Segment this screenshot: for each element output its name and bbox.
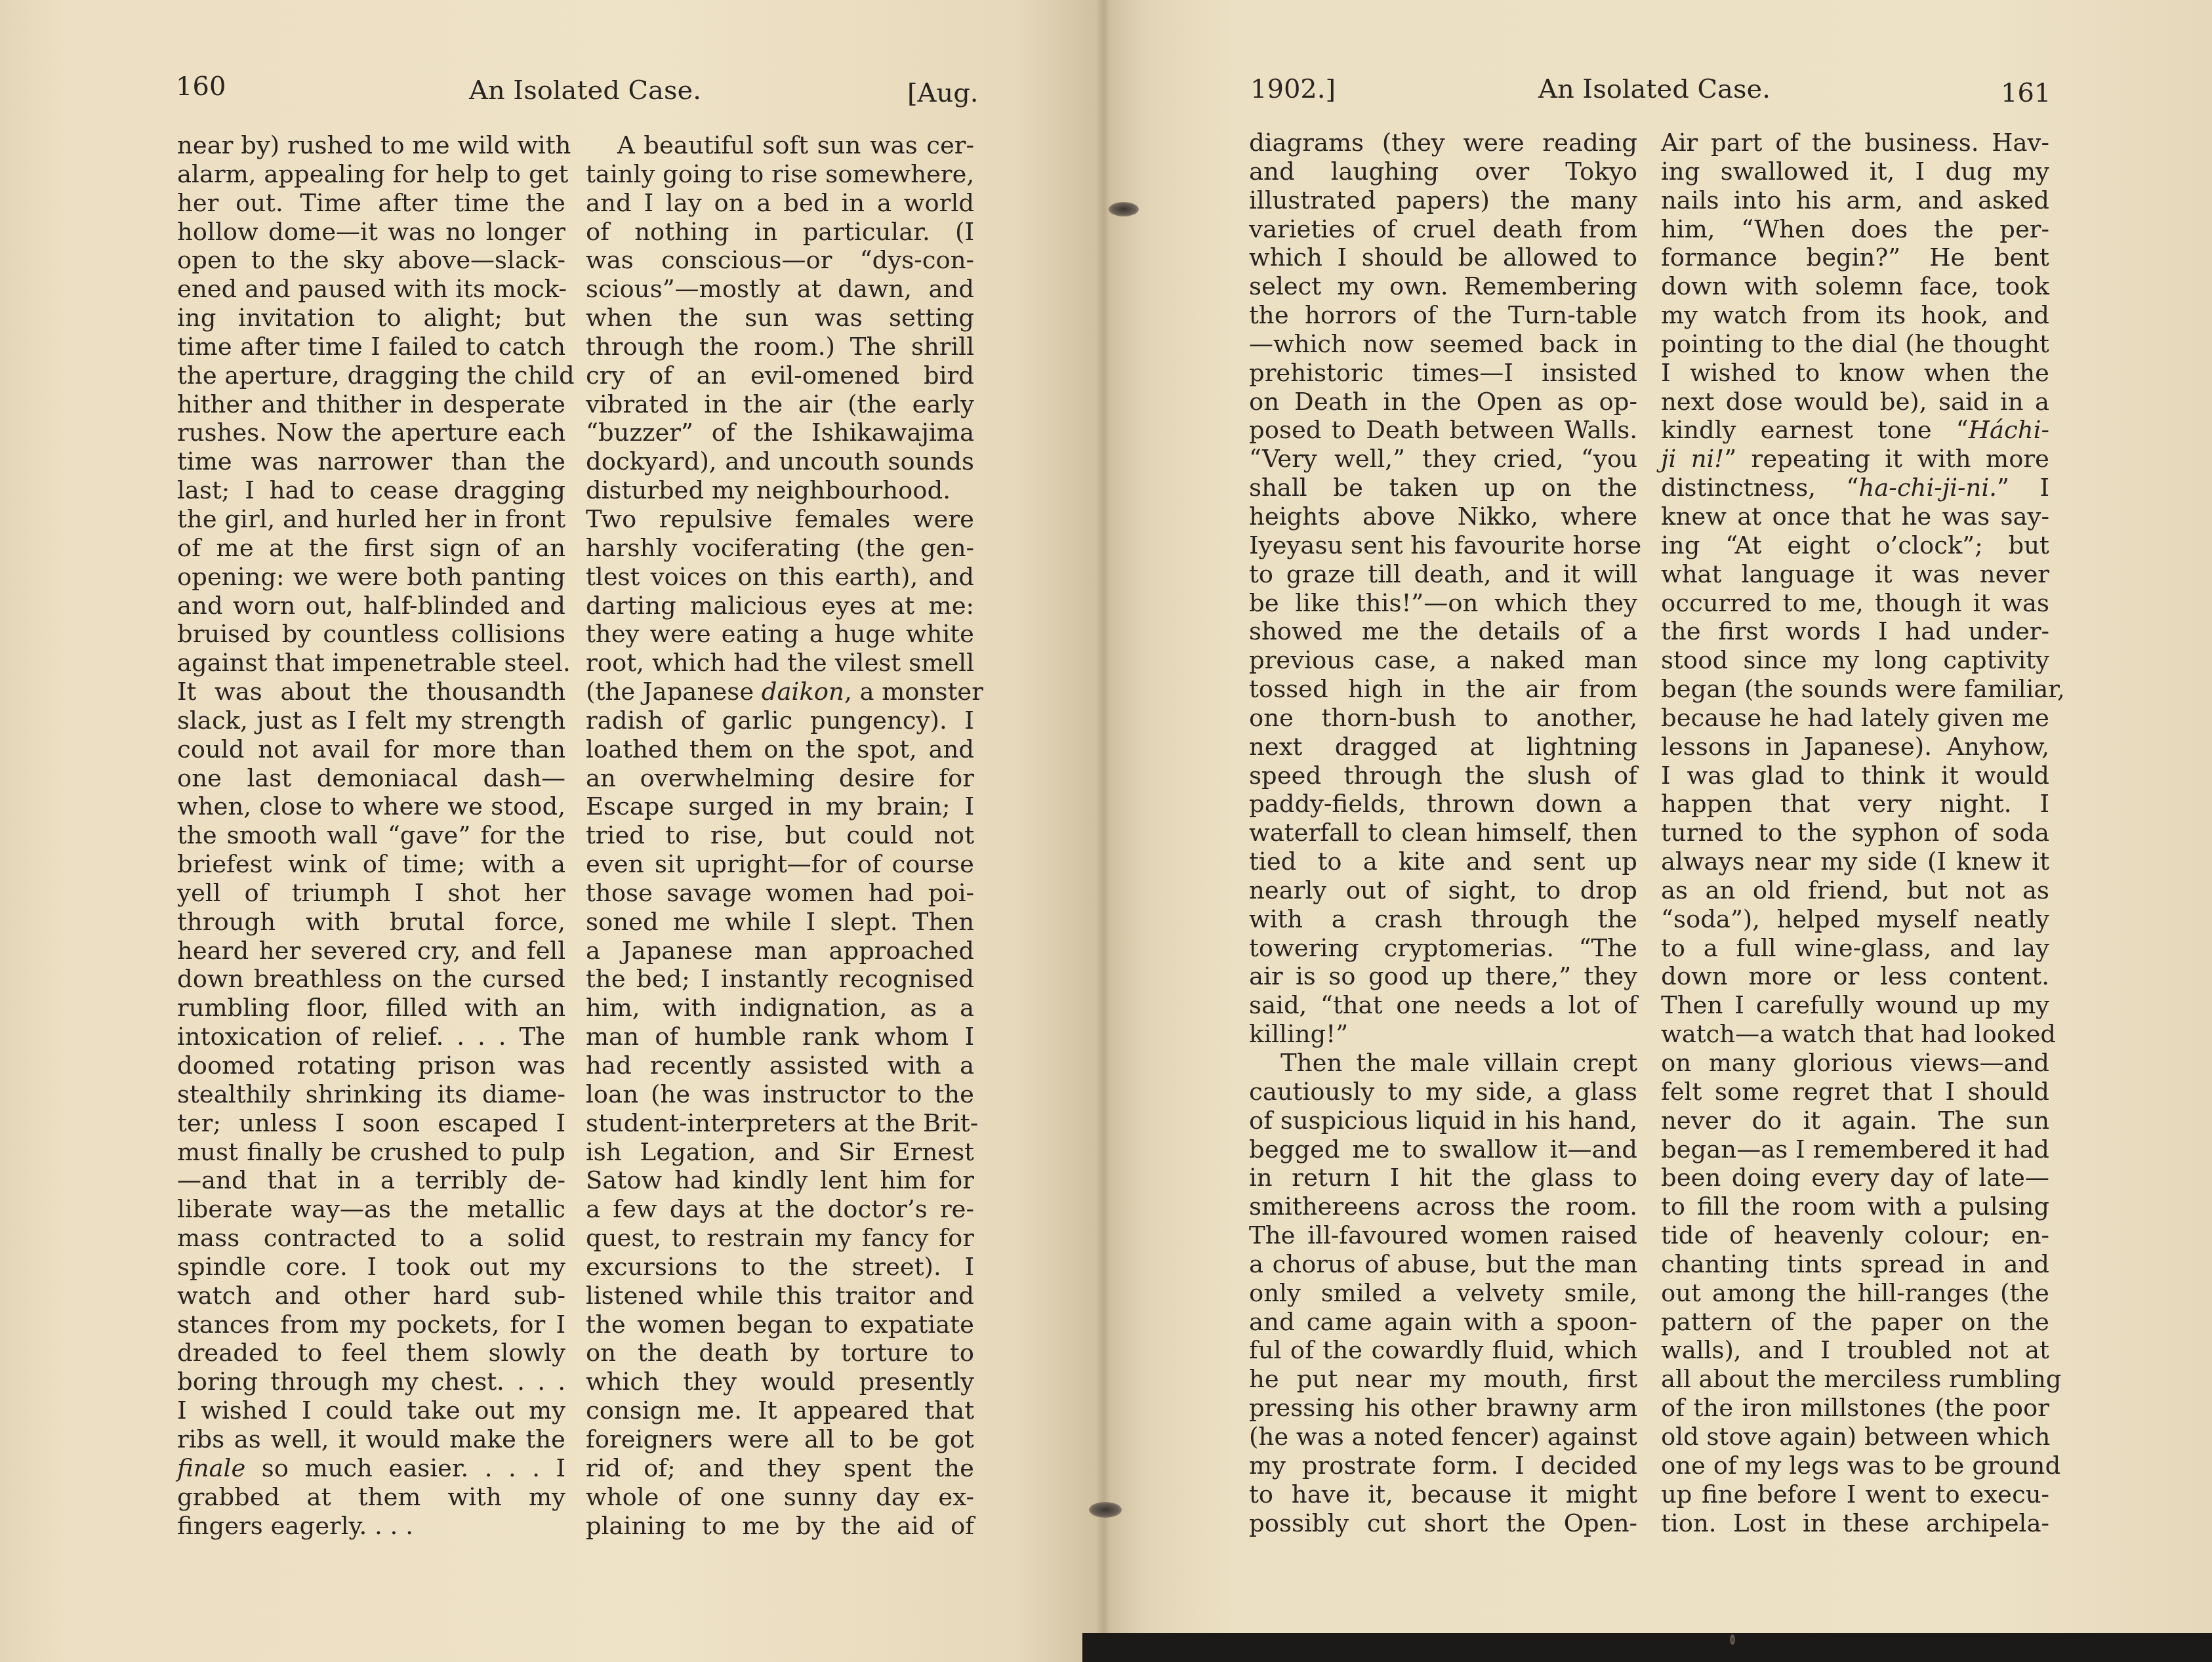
text-line: rushes. Now the aperture each xyxy=(177,418,565,447)
text-column-2: A beautiful soft sun was cer-tainly goin… xyxy=(586,131,974,1540)
text-line: the horrors of the Turn-table xyxy=(1249,301,1637,330)
text-line: on many glorious views—and xyxy=(1661,1049,2049,1078)
text-line: Satow had kindly lent him for xyxy=(586,1166,974,1195)
text-line: quest, to restrain my fancy for xyxy=(586,1224,974,1253)
text-line: to graze till death, and it will xyxy=(1249,560,1637,589)
text-line: and laughing over Tokyo xyxy=(1249,157,1637,186)
text-line: turned to the syphon of soda xyxy=(1661,819,2049,847)
book-spine-gutter xyxy=(1097,0,1111,1662)
text-line: yell of triumph I shot her xyxy=(177,879,565,908)
text-line: ful of the cowardly fluid, which xyxy=(1249,1336,1637,1365)
text-line: whole of one sunny day ex- xyxy=(586,1483,974,1512)
text-line: consign me. It appeared that xyxy=(586,1396,974,1425)
text-line: ing “At eight o’clock”; but xyxy=(1661,531,2049,560)
text-line: nails into his arm, and asked xyxy=(1661,186,2049,215)
text-line: killing!” xyxy=(1249,1020,1637,1049)
text-line: the girl, and hurled her in front xyxy=(177,505,565,534)
text-line: posed to Death between Walls. xyxy=(1249,416,1637,445)
text-line: and worn out, half-blinded and xyxy=(177,592,565,620)
text-line: student-interpreters at the Brit- xyxy=(586,1109,974,1138)
text-line: tion. Lost in these archipela- xyxy=(1661,1509,2049,1538)
text-line: him, with indignation, as a xyxy=(586,994,974,1023)
text-line: tied to a kite and sent up xyxy=(1249,847,1637,876)
text-line: a chorus of abuse, but the man xyxy=(1249,1250,1637,1279)
text-line: said, “that one needs a lot of xyxy=(1249,991,1637,1020)
text-line: ribs as well, it would make the xyxy=(177,1425,565,1454)
running-title-right: An Isolated Case. xyxy=(1538,73,1771,105)
text-line: down with solemn face, took xyxy=(1661,272,2049,301)
text-line: ing invitation to alight; but xyxy=(177,304,565,333)
text-line: begged me to swallow it—and xyxy=(1249,1135,1637,1164)
text-line: grabbed at them with my xyxy=(177,1483,565,1512)
text-line: Air part of the business. Hav- xyxy=(1661,129,2049,157)
text-line: vibrated in the air (the early xyxy=(586,390,974,419)
text-line: he put near my mouth, first xyxy=(1249,1365,1637,1394)
text-line: and I lay on a bed in a world xyxy=(586,189,974,218)
text-line: tlest voices on this earth), and xyxy=(586,563,974,592)
text-line: could not avail for more than xyxy=(177,735,565,764)
text-line: a Japanese man approached xyxy=(586,937,974,965)
text-line: on Death in the Open as op- xyxy=(1249,388,1637,416)
text-line: pointing to the dial (he thought xyxy=(1661,330,2049,359)
text-line: rid of; and they spent the xyxy=(586,1454,974,1483)
text-line: It was about the thousandth xyxy=(177,678,565,706)
text-line: felt some regret that I should xyxy=(1661,1078,2049,1106)
text-line: nearly out of sight, to drop xyxy=(1249,876,1637,905)
text-line: —and that in a terribly de- xyxy=(177,1166,565,1195)
text-line: I was glad to think it would xyxy=(1661,761,2049,790)
text-line: those savage women had poi- xyxy=(586,879,974,908)
text-line: one last demoniacal dash— xyxy=(177,764,565,793)
text-line: my prostrate form. I decided xyxy=(1249,1451,1637,1480)
text-line: had recently assisted with a xyxy=(586,1051,974,1080)
text-line: distinctness, “ha-chi-ji-ni.” I xyxy=(1661,474,2049,502)
text-line: the aperture, dragging the child xyxy=(177,361,565,390)
date-marker-left: [Aug. xyxy=(907,77,979,109)
text-line: began—as I remembered it had xyxy=(1661,1135,2049,1164)
left-page: 160 An Isolated Case. [Aug. near by) rus… xyxy=(0,0,1102,1662)
text-line: opening: we were both panting xyxy=(177,563,565,592)
text-line: down breathless on the cursed xyxy=(177,965,565,994)
text-line: of the iron millstones (the poor xyxy=(1661,1394,2049,1423)
text-line: never do it again. The sun xyxy=(1661,1106,2049,1135)
text-line: prehistoric times—I insisted xyxy=(1249,359,1637,388)
text-line: ji ni!” repeating it with more xyxy=(1661,445,2049,474)
text-line: listened while this traitor and xyxy=(586,1282,974,1310)
text-line: I wished to know when the xyxy=(1661,359,2049,388)
text-line: as an old friend, but not as xyxy=(1661,876,2049,905)
text-line: a few days at the doctor’s re- xyxy=(586,1195,974,1224)
text-line: heights above Nikko, where xyxy=(1249,502,1637,531)
text-line: time after time I failed to catch xyxy=(177,333,565,361)
text-line: stealthily shrinking its diame- xyxy=(177,1080,565,1109)
text-line: stood since my long captivity xyxy=(1661,646,2049,675)
text-line: and came again with a spoon- xyxy=(1249,1308,1637,1337)
text-line: The ill-favoured women raised xyxy=(1249,1221,1637,1250)
text-line: with a crash through the xyxy=(1249,905,1637,934)
text-line: soned me while I slept. Then xyxy=(586,908,974,937)
text-line: tainly going to rise somewhere, xyxy=(586,160,974,189)
binding-thread-hole xyxy=(1089,1502,1122,1518)
running-title-left: An Isolated Case. xyxy=(469,75,701,106)
text-line: lessons in Japanese). Anyhow, xyxy=(1661,733,2049,761)
text-line: the women began to expatiate xyxy=(586,1310,974,1339)
text-line: began (the sounds were familiar, xyxy=(1661,675,2049,704)
text-line: varieties of cruel death from xyxy=(1249,215,1637,244)
text-line: “soda”), helped myself neatly xyxy=(1661,905,2049,934)
text-line: cry of an evil-omened bird xyxy=(586,361,974,390)
text-line: spindle core. I took out my xyxy=(177,1253,565,1282)
text-line: the first words I had under- xyxy=(1661,617,2049,646)
text-line: finale so much easier. . . . I xyxy=(177,1454,565,1483)
text-line: against that impenetrable steel. xyxy=(177,649,565,678)
text-line: always near my side (I knew it xyxy=(1661,847,2049,876)
text-line: ter; unless I soon escaped I xyxy=(177,1109,565,1138)
text-line: in return I hit the glass to xyxy=(1249,1164,1637,1192)
text-line: possibly cut short the Open- xyxy=(1249,1509,1637,1538)
text-line: watch—a watch that had looked xyxy=(1661,1020,2049,1049)
text-line: the smooth wall “gave” for the xyxy=(177,821,565,850)
text-line: him, “When does the per- xyxy=(1661,215,2049,244)
text-line: one thorn-bush to another, xyxy=(1249,704,1637,733)
text-line: dreaded to feel them slowly xyxy=(177,1339,565,1368)
page-number-left: 160 xyxy=(176,71,226,102)
text-line: heard her severed cry, and fell xyxy=(177,937,565,965)
ink-spot xyxy=(1730,1634,1735,1645)
text-line: to have it, because it might xyxy=(1249,1480,1637,1509)
text-line: Escape surged in my brain; I xyxy=(586,792,974,821)
text-line: one of my legs was to be ground xyxy=(1661,1451,2049,1480)
text-line: waterfall to clean himself, then xyxy=(1249,819,1637,847)
text-line: towering cryptomerias. “The xyxy=(1249,934,1637,963)
text-line: “Very well,” they cried, “you xyxy=(1249,445,1637,474)
text-line: down more or less content. xyxy=(1661,962,2049,991)
text-line: doomed rotating prison was xyxy=(177,1051,565,1080)
text-line: briefest wink of time; with a xyxy=(177,850,565,879)
text-line: which they would presently xyxy=(586,1368,974,1396)
text-line: ing swallowed it, I dug my xyxy=(1661,157,2049,186)
text-line: fingers eagerly. . . . xyxy=(177,1512,565,1541)
binding-thread-hole xyxy=(1109,202,1139,216)
text-line: liberate way—as the metallic xyxy=(177,1195,565,1224)
text-line: —which now seemed back in xyxy=(1249,330,1637,359)
text-line: out among the hill-ranges (the xyxy=(1661,1279,2049,1308)
text-line: of suspicious liquid in his hand, xyxy=(1249,1106,1637,1135)
text-line: scious”—mostly at dawn, and xyxy=(586,275,974,304)
text-line: hollow dome—it was no longer xyxy=(177,218,565,247)
text-line: pattern of the paper on the xyxy=(1661,1308,2049,1337)
text-line: hither and thither in desperate xyxy=(177,390,565,419)
text-line: slack, just as I felt my strength xyxy=(177,706,565,735)
text-line: A beautiful soft sun was cer- xyxy=(586,131,974,160)
text-line: Two repulsive females were xyxy=(586,505,974,534)
text-line: speed through the slush of xyxy=(1249,761,1637,790)
text-line: loan (he was instructor to the xyxy=(586,1080,974,1109)
text-line: all about the merciless rumbling xyxy=(1661,1365,2049,1394)
text-line: shall be taken up on the xyxy=(1249,474,1637,502)
text-line: next dose would be), said in a xyxy=(1661,388,2049,416)
text-line: of nothing in particular. (I xyxy=(586,218,974,247)
text-line: mass contracted to a solid xyxy=(177,1224,565,1253)
text-line: I wished I could take out my xyxy=(177,1396,565,1425)
text-line: showed me the details of a xyxy=(1249,617,1637,646)
text-line: an overwhelming desire for xyxy=(586,764,974,793)
text-line: (he was a noted fencer) against xyxy=(1249,1423,1637,1451)
text-line: even sit upright—for of course xyxy=(586,850,974,879)
text-line: her out. Time after time the xyxy=(177,189,565,218)
text-line: when the sun was setting xyxy=(586,304,974,333)
text-line: up fine before I went to execu- xyxy=(1661,1480,2049,1509)
text-line: intoxication of relief. . . . The xyxy=(177,1023,565,1051)
text-line: Iyeyasu sent his favourite horse xyxy=(1249,531,1637,560)
text-line: occurred to me, though it was xyxy=(1661,589,2049,618)
text-line: to fill the room with a pulsing xyxy=(1661,1192,2049,1221)
text-line: kindly earnest tone “Háchi- xyxy=(1661,416,2049,445)
text-line: time was narrower than the xyxy=(177,447,565,476)
text-line: (the Japanese daikon, a monster xyxy=(586,678,974,706)
date-marker-right: 1902.] xyxy=(1250,73,1336,105)
text-line: foreigners were all to be got xyxy=(586,1425,974,1454)
text-line: been doing every day of late— xyxy=(1661,1164,2049,1192)
text-line: which I should be allowed to xyxy=(1249,243,1637,272)
text-line: smithereens across the room. xyxy=(1249,1192,1637,1221)
text-line: they were eating a huge white xyxy=(586,620,974,649)
text-line: radish of garlic pungency). I xyxy=(586,706,974,735)
text-line: happen that very night. I xyxy=(1661,790,2049,819)
text-line: next dragged at lightning xyxy=(1249,733,1637,761)
text-line: formance begin?” He bent xyxy=(1661,243,2049,272)
text-line: must finally be crushed to pulp xyxy=(177,1138,565,1167)
text-line: cautiously to my side, a glass xyxy=(1249,1078,1637,1106)
text-line: ened and paused with its mock- xyxy=(177,275,565,304)
text-line: old stove again) between which xyxy=(1661,1423,2049,1451)
text-line: through the room.) The shrill xyxy=(586,333,974,361)
text-line: watch and other hard sub- xyxy=(177,1282,565,1310)
text-column-4: Air part of the business. Hav-ing swallo… xyxy=(1661,129,2049,1537)
text-line: what language it was never xyxy=(1661,560,2049,589)
text-line: “buzzer” of the Ishikawajima xyxy=(586,418,974,447)
text-line: man of humble rank whom I xyxy=(586,1023,974,1051)
text-line: darting malicious eyes at me: xyxy=(586,592,974,620)
text-line: disturbed my neighbourhood. xyxy=(586,476,974,505)
text-column-1: near by) rushed to me wild withalarm, ap… xyxy=(177,131,565,1540)
text-line: excursions to the street). I xyxy=(586,1253,974,1282)
text-line: through with brutal force, xyxy=(177,908,565,937)
text-line: pressing his other brawny arm xyxy=(1249,1394,1637,1423)
text-line: Then I carefully wound up my xyxy=(1661,991,2049,1020)
text-line: bruised by countless collisions xyxy=(177,620,565,649)
text-line: walls), and I troubled not at xyxy=(1661,1336,2049,1365)
text-line: air is so good up there,” they xyxy=(1249,962,1637,991)
text-line: select my own. Remembering xyxy=(1249,272,1637,301)
text-line: of me at the first sign of an xyxy=(177,534,565,563)
binding-edge xyxy=(1082,1633,2212,1662)
text-line: illustrated papers) the many xyxy=(1249,186,1637,215)
text-line: my watch from its hook, and xyxy=(1661,301,2049,330)
text-line: stances from my pockets, for I xyxy=(177,1310,565,1339)
text-line: be like this!”—on which they xyxy=(1249,589,1637,618)
text-column-3: diagrams (they were readingand laughing … xyxy=(1249,129,1637,1537)
text-line: knew at once that he was say- xyxy=(1661,502,2049,531)
text-line: on the death by torture to xyxy=(586,1339,974,1368)
text-line: rumbling floor, filled with an xyxy=(177,994,565,1023)
text-line: to a full wine-glass, and lay xyxy=(1661,934,2049,963)
text-line: because he had lately given me xyxy=(1661,704,2049,733)
text-line: ish Legation, and Sir Ernest xyxy=(586,1138,974,1167)
text-line: was conscious—or “dys-con- xyxy=(586,246,974,275)
text-line: root, which had the vilest smell xyxy=(586,649,974,678)
text-line: Then the male villain crept xyxy=(1249,1049,1637,1078)
text-line: dockyard), and uncouth sounds xyxy=(586,447,974,476)
text-line: chanting tints spread in and xyxy=(1661,1250,2049,1279)
text-line: tried to rise, but could not xyxy=(586,821,974,850)
text-line: loathed them on the spot, and xyxy=(586,735,974,764)
text-line: only smiled a velvety smile, xyxy=(1249,1279,1637,1308)
text-line: the bed; I instantly recognised xyxy=(586,965,974,994)
page-number-right: 161 xyxy=(2001,77,2051,109)
text-line: open to the sky above—slack- xyxy=(177,246,565,275)
text-line: tide of heavenly colour; en- xyxy=(1661,1221,2049,1250)
text-line: last; I had to cease dragging xyxy=(177,476,565,505)
text-line: near by) rushed to me wild with xyxy=(177,131,565,160)
text-line: boring through my chest. . . . xyxy=(177,1368,565,1396)
text-line: paddy-fields, thrown down a xyxy=(1249,790,1637,819)
text-line: tossed high in the air from xyxy=(1249,675,1637,704)
text-line: diagrams (they were reading xyxy=(1249,129,1637,157)
text-line: plaining to me by the aid of xyxy=(586,1512,974,1541)
right-page: 1902.] An Isolated Case. 161 diagrams (t… xyxy=(1102,0,2212,1662)
text-line: harshly vociferating (the gen- xyxy=(586,534,974,563)
text-line: previous case, a naked man xyxy=(1249,646,1637,675)
text-line: when, close to where we stood, xyxy=(177,792,565,821)
text-line: alarm, appealing for help to get xyxy=(177,160,565,189)
